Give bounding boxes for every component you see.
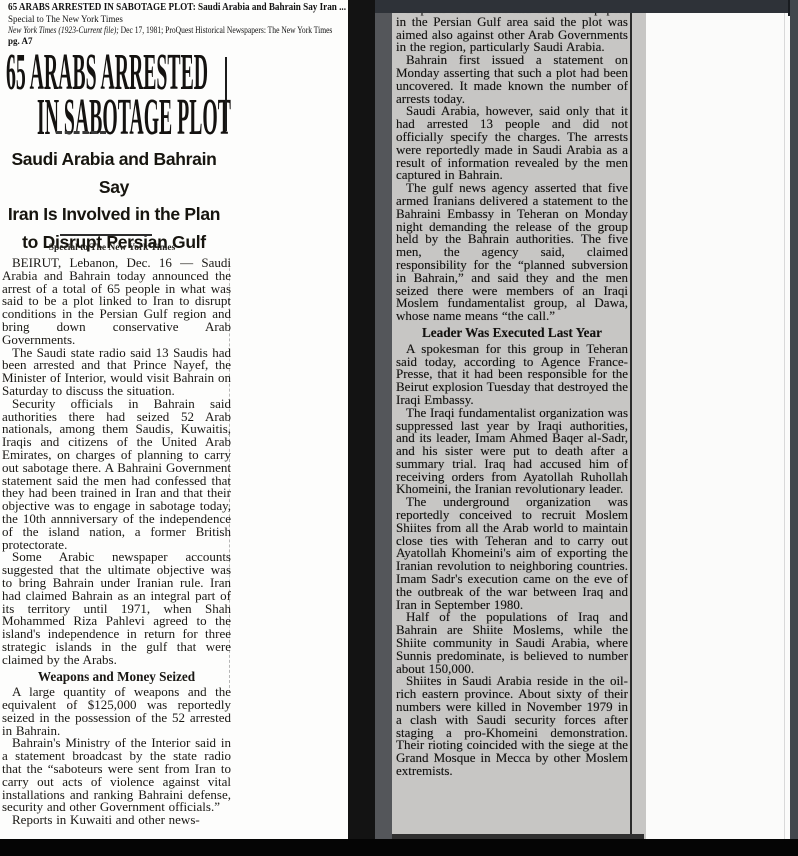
proquest-citation: New York Times (1923-Current file); Dec … <box>8 25 334 35</box>
article-paragraph: A spokesman for this group in Teheran sa… <box>396 343 628 407</box>
column-rule-dashed <box>229 258 230 688</box>
article-paragraph: Half of the populations of Iraq and Bahr… <box>396 611 628 675</box>
proquest-special-line: Special to The New York Times <box>8 14 397 24</box>
section-subhead: Weapons and Money Seized <box>2 671 231 684</box>
article-paragraph: Bahrain first issued a statement on Mond… <box>396 54 628 105</box>
column-rule <box>630 0 632 834</box>
citation-source: New York Times (1923-Current file); <box>8 25 119 35</box>
newspaper-scan-page: 65 ARABS ARRESTED IN SABOTAGE PLOT: Saud… <box>0 0 798 856</box>
headline-divider-dash <box>56 131 106 134</box>
article-paragraph: The Saudi state radio said 13 Saudis had… <box>2 347 231 398</box>
article-paragraph: Security officials in Bahrain said autho… <box>2 398 231 552</box>
section-subhead: Leader Was Executed Last Year <box>396 327 628 340</box>
article-paragraph: Some Arabic newspaper accounts suggested… <box>2 551 231 666</box>
citation-details: Dec 17, 1981; ProQuest Historical Newspa… <box>119 25 333 35</box>
viewer-bottom-strip <box>0 839 798 856</box>
article-paragraph: The underground organization was reporte… <box>396 496 628 611</box>
scan-divider-band <box>348 0 375 856</box>
article-byline: Special to The New York Times <box>0 243 224 253</box>
page-fold-line <box>784 0 785 840</box>
article-paragraph: Bahrain's Ministry of the Interior said … <box>2 737 231 814</box>
article-paragraph: Saudi Arabia, however, said only that it… <box>396 105 628 182</box>
column-rule <box>225 57 227 131</box>
left-scan-page: 65 ARABS ARRESTED IN SABOTAGE PLOT: Saud… <box>0 0 348 840</box>
subheadline-line1: Saudi Arabia and Bahrain Say <box>0 146 228 201</box>
article-left-column: BEIRUT, Lebanon, Dec. 16 — Saudi Arabia … <box>2 257 231 840</box>
viewer-right-edge <box>790 0 798 856</box>
article-right-column: Reports in Kuwaiti and other newspapers … <box>396 0 628 836</box>
viewer-top-strip <box>375 0 798 13</box>
article-paragraph: A large quantity of weapons and the equi… <box>2 686 231 737</box>
subhead-divider-rule <box>60 234 152 236</box>
right-blank-area <box>646 0 790 840</box>
article-paragraph: The gulf news agency asserted that five … <box>396 182 628 323</box>
subheadline: Saudi Arabia and Bahrain Say Iran Is Inv… <box>0 146 228 256</box>
proquest-title: 65 ARABS ARRESTED IN SABOTAGE PLOT: Saud… <box>8 2 346 13</box>
article-paragraph: Shiites in Saudi Arabia reside in the oi… <box>396 675 628 777</box>
article-paragraph: BEIRUT, Lebanon, Dec. 16 — Saudi Arabia … <box>2 257 231 347</box>
article-paragraph: The Iraqi fundamentalist organization wa… <box>396 407 628 497</box>
subheadline-line2: Iran Is Involved in the Plan <box>0 201 228 229</box>
proquest-header: 65 ARABS ARRESTED IN SABOTAGE PLOT: Saud… <box>8 2 397 46</box>
right-page-gutter-shadow <box>375 0 392 840</box>
article-paragraph: Reports in Kuwaiti and other news- <box>2 814 231 827</box>
